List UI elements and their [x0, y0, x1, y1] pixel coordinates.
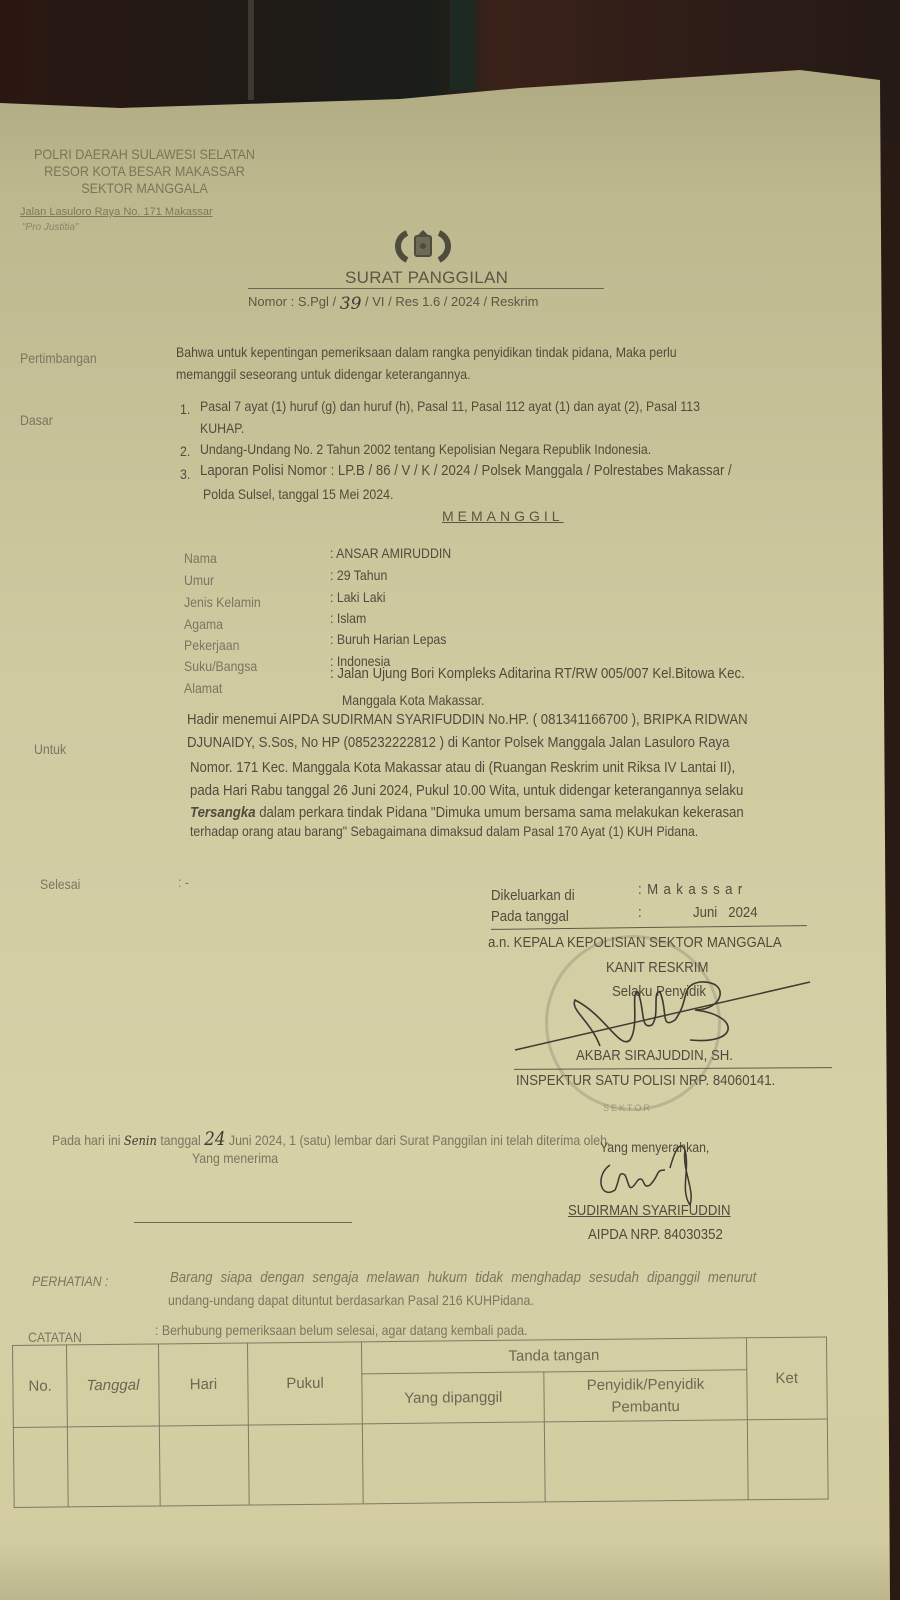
field-value-religion: : Islam	[330, 610, 366, 626]
paper-shadow	[0, 1540, 900, 1600]
dasar-item-number: 3.	[180, 466, 190, 482]
background-post	[450, 0, 475, 90]
dasar-item-text: Undang-Undang No. 2 Tahun 2002 tentang K…	[200, 441, 651, 457]
handwritten-number: 39	[340, 294, 362, 314]
untuk-text-rest: dalam perkara tindak Pidana "Dimuka umum…	[256, 804, 744, 821]
document-number: Nomor : S.Pgl / 39 / VI / Res 1.6 / 2024…	[248, 288, 604, 311]
issued-place-value: : M a k a s s a r	[638, 882, 743, 898]
field-label: Umur	[184, 572, 214, 588]
field-value-address: : Jalan Ujung Bori Kompleks Aditarina RT…	[330, 666, 745, 682]
background-post	[248, 0, 254, 100]
pertimbangan-label: Pertimbangan	[20, 350, 97, 366]
handwritten-day: Senin	[124, 1134, 157, 1149]
header-penyidik-line2: Pembantu	[545, 1395, 746, 1419]
number-prefix: Nomor : S.Pgl /	[248, 294, 336, 309]
signer-rank: INSPEKTUR SATU POLISI NRP. 84060141.	[516, 1073, 775, 1089]
dasar-item-text: KUHAP.	[200, 420, 244, 436]
dasar-item-text: Laporan Polisi Nomor : LP.B / 86 / V / K…	[200, 463, 732, 479]
receipt-suffix: Juni 2024, 1 (satu) lembar dari Surat Pa…	[229, 1132, 610, 1148]
perhatian-label: PERHATIAN :	[32, 1273, 108, 1289]
issued-date-value: : Juni 2024	[638, 905, 758, 921]
untuk-text: Hadir menemui AIPDA SUDIRMAN SYARIFUDDIN…	[187, 712, 748, 728]
table-cell	[545, 1420, 748, 1502]
suspect-label: Tersangka	[190, 804, 256, 821]
header-no: No.	[13, 1345, 68, 1428]
letterhead-line: POLRI DAERAH SULAWESI SELATAN	[14, 146, 275, 163]
receipt-text: Pada hari ini Senin tanggal 24 Juni 2024…	[52, 1131, 610, 1150]
dasar-item-text: Pasal 7 ayat (1) huruf (g) dan huruf (h)…	[200, 398, 700, 414]
header-ket: Ket	[746, 1337, 827, 1420]
field-label: Alamat	[184, 680, 222, 696]
field-value-gender: : Laki Laki	[330, 589, 385, 605]
dasar-item-number: 1.	[180, 401, 190, 417]
issued-place-label: Dikeluarkan di	[491, 888, 575, 904]
table-cell	[362, 1422, 545, 1504]
page-title: SURAT PANGGILAN	[345, 268, 508, 288]
field-label: Jenis Kelamin	[184, 594, 261, 610]
summons-document: POLRI DAERAH SULAWESI SELATAN RESOR KOTA…	[0, 0, 900, 1600]
pertimbangan-text: Bahwa untuk kepentingan pemeriksaan dala…	[176, 344, 677, 360]
header-hari: Hari	[158, 1343, 249, 1426]
address-value: Jalan Ujung Bori Kompleks Aditarina RT/R…	[337, 665, 744, 682]
table-cell	[159, 1425, 250, 1506]
table-cell	[249, 1424, 363, 1505]
receipt-prefix: Pada hari ini	[52, 1132, 120, 1148]
header-pukul: Pukul	[248, 1342, 362, 1425]
perhatian-text: Barang siapa dengan sengaja melawan huku…	[170, 1270, 756, 1286]
untuk-text: terhadap orang atau barang" Sebagaimana …	[190, 823, 698, 839]
pertimbangan-text: memanggil seseorang untuk didengar keter…	[176, 366, 471, 382]
letterhead: POLRI DAERAH SULAWESI SELATAN RESOR KOTA…	[14, 146, 275, 197]
signature-sudirman	[590, 1130, 740, 1210]
untuk-text: pada Hari Rabu tanggal 26 Juni 2024, Puk…	[190, 783, 743, 799]
field-label: Pekerjaan	[184, 637, 239, 653]
perhatian-text: undang-undang dapat dituntut berdasarkan…	[168, 1292, 534, 1308]
letterhead-line: RESOR KOTA BESAR MAKASSAR	[14, 163, 275, 180]
police-emblem-icon	[393, 228, 453, 264]
untuk-text: Tersangka dalam perkara tindak Pidana "D…	[190, 805, 744, 821]
selesai-label: Selesai	[40, 876, 80, 892]
pro-justitia: "Pro Justitia"	[22, 222, 79, 233]
divider	[491, 925, 807, 930]
handwritten-date: 24	[204, 1128, 225, 1150]
header-yang-dipanggil: Yang dipanggil	[362, 1372, 545, 1424]
header-penyidik-line1: Penyidik/Penyidik	[545, 1373, 746, 1397]
religion-value: Islam	[337, 610, 366, 626]
header-penyidik: Penyidik/Penyidik Pembantu	[544, 1370, 747, 1422]
receiver-label: Yang menerima	[192, 1150, 278, 1166]
dasar-label: Dasar	[20, 412, 53, 428]
table-cell	[68, 1426, 160, 1507]
field-label: Suku/Bangsa	[184, 658, 257, 674]
field-value-occupation: : Buruh Harian Lepas	[330, 631, 446, 647]
age-value: 29 Tahun	[337, 567, 387, 583]
giver-rank: AIPDA NRP. 84030352	[588, 1227, 723, 1243]
name-value: ANSAR AMIRUDDIN	[336, 545, 451, 561]
letterhead-address: Jalan Lasuloro Raya No. 171 Makassar	[20, 206, 213, 218]
receipt-mid: tanggal	[160, 1132, 200, 1148]
occupation-value: Buruh Harian Lepas	[337, 631, 447, 647]
issued-date-label: Pada tanggal	[491, 909, 569, 925]
untuk-label: Untuk	[34, 741, 66, 757]
field-value-name: : ANSAR AMIRUDDIN	[330, 545, 451, 561]
untuk-text: Nomor. 171 Kec. Manggala Kota Makassar a…	[190, 760, 735, 776]
letterhead-line: SEKTOR MANGGALA	[14, 180, 275, 197]
table-cell	[747, 1419, 828, 1500]
gender-value: Laki Laki	[337, 589, 386, 605]
giver-name: SUDIRMAN SYARIFUDDIN	[568, 1203, 731, 1219]
on-behalf-of: a.n. KEPALA KEPOLISIAN SEKTOR MANGGALA	[488, 935, 782, 951]
signer-name: AKBAR SIRAJUDDIN, SH.	[576, 1048, 733, 1064]
field-value-age: : 29 Tahun	[330, 567, 387, 583]
dasar-item-text: Polda Sulsel, tanggal 15 Mei 2024.	[203, 486, 393, 502]
receiver-signature-line	[134, 1222, 352, 1223]
selesai-value: : -	[178, 874, 189, 890]
dasar-item-number: 2.	[180, 443, 190, 459]
memanggil-heading: MEMANGGIL	[442, 508, 564, 524]
field-label: Agama	[184, 616, 223, 632]
header-tanda-tangan: Tanda tangan	[361, 1338, 746, 1374]
number-suffix: / VI / Res 1.6 / 2024 / Reskrim	[365, 294, 538, 309]
catatan-label: CATATAN	[28, 1329, 82, 1345]
header-tanggal: Tanggal	[67, 1344, 159, 1427]
table-cell	[13, 1427, 68, 1508]
catatan-text: : Berhubung pemeriksaan belum selesai, a…	[155, 1322, 528, 1338]
stamp-text: SEKTOR	[603, 1103, 652, 1113]
follow-up-schedule-table: No. Tanggal Hari Pukul Tanda tangan Ket …	[12, 1336, 829, 1508]
untuk-text: DJUNAIDY, S.Sos, No HP (085232222812 ) d…	[187, 735, 729, 751]
table-row	[13, 1419, 828, 1508]
field-value-address-cont: Manggala Kota Makassar.	[342, 692, 484, 708]
field-label: Nama	[184, 550, 217, 566]
